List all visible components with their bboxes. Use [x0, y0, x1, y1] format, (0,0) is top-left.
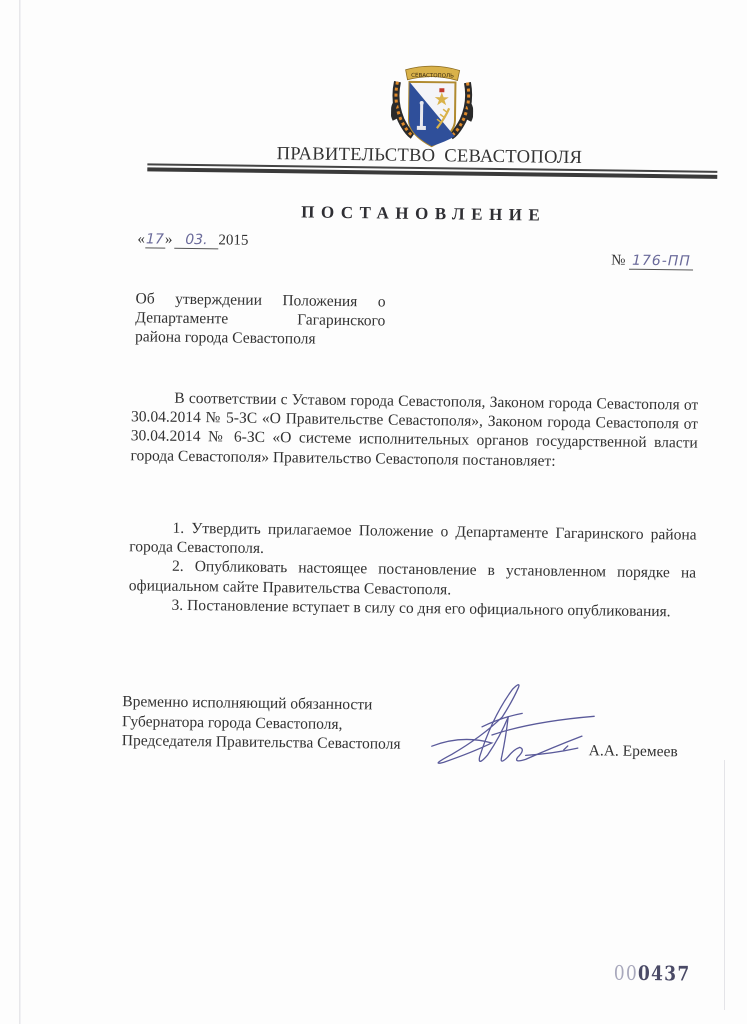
document-page: СЕВАСТОПОЛЬ ПРАВИТЕЛЬСТВО СЕВАСТОПОЛЯ ПО… — [0, 0, 747, 1024]
subject-word: о — [378, 292, 386, 311]
document-number: №176-ПП — [611, 252, 694, 270]
signer-name: А.А. Еремеев — [589, 742, 678, 761]
subject-line-3: района города Севастополя — [135, 327, 385, 349]
position-line-3: Председателя Правительства Севастополя — [122, 731, 442, 755]
handwritten-signature-icon — [421, 676, 612, 778]
signatory-position: Временно исполняющий обязанности Губерна… — [122, 692, 443, 755]
serial-digits: 0437 — [638, 961, 691, 986]
serial-faint-digits: 00 — [614, 961, 638, 985]
date-day: 17 — [145, 231, 165, 248]
subject-word: Департаменте — [135, 308, 228, 328]
subject-word: Положения — [282, 291, 357, 311]
subject-word: утверждении — [175, 290, 262, 310]
document-date: «17»03.2015 — [137, 231, 248, 249]
date-month: 03. — [174, 232, 218, 250]
number-value: 176-ПП — [629, 253, 693, 271]
document-subject: Об утверждении Положения о Департаменте … — [135, 289, 386, 349]
subject-word: Об — [135, 289, 154, 308]
sevastopol-coat-of-arms-icon: СЕВАСТОПОЛЬ — [391, 62, 474, 153]
subject-word: Гагаринского — [297, 310, 385, 330]
emblem-label: СЕВАСТОПОЛЬ — [411, 73, 454, 80]
date-close-quote: » — [165, 232, 173, 248]
number-prefix: № — [611, 252, 626, 268]
serial-number-stamp: 000437 — [614, 961, 691, 986]
preamble-paragraph: В соответствии с Уставом города Севастоп… — [130, 388, 698, 472]
date-year: 2015 — [218, 232, 248, 248]
document-type-title: ПОСТАНОВЛЕНИЕ — [294, 202, 554, 225]
resolution-items: 1. Утвердить прилагаемое Положение о Деп… — [128, 518, 696, 621]
